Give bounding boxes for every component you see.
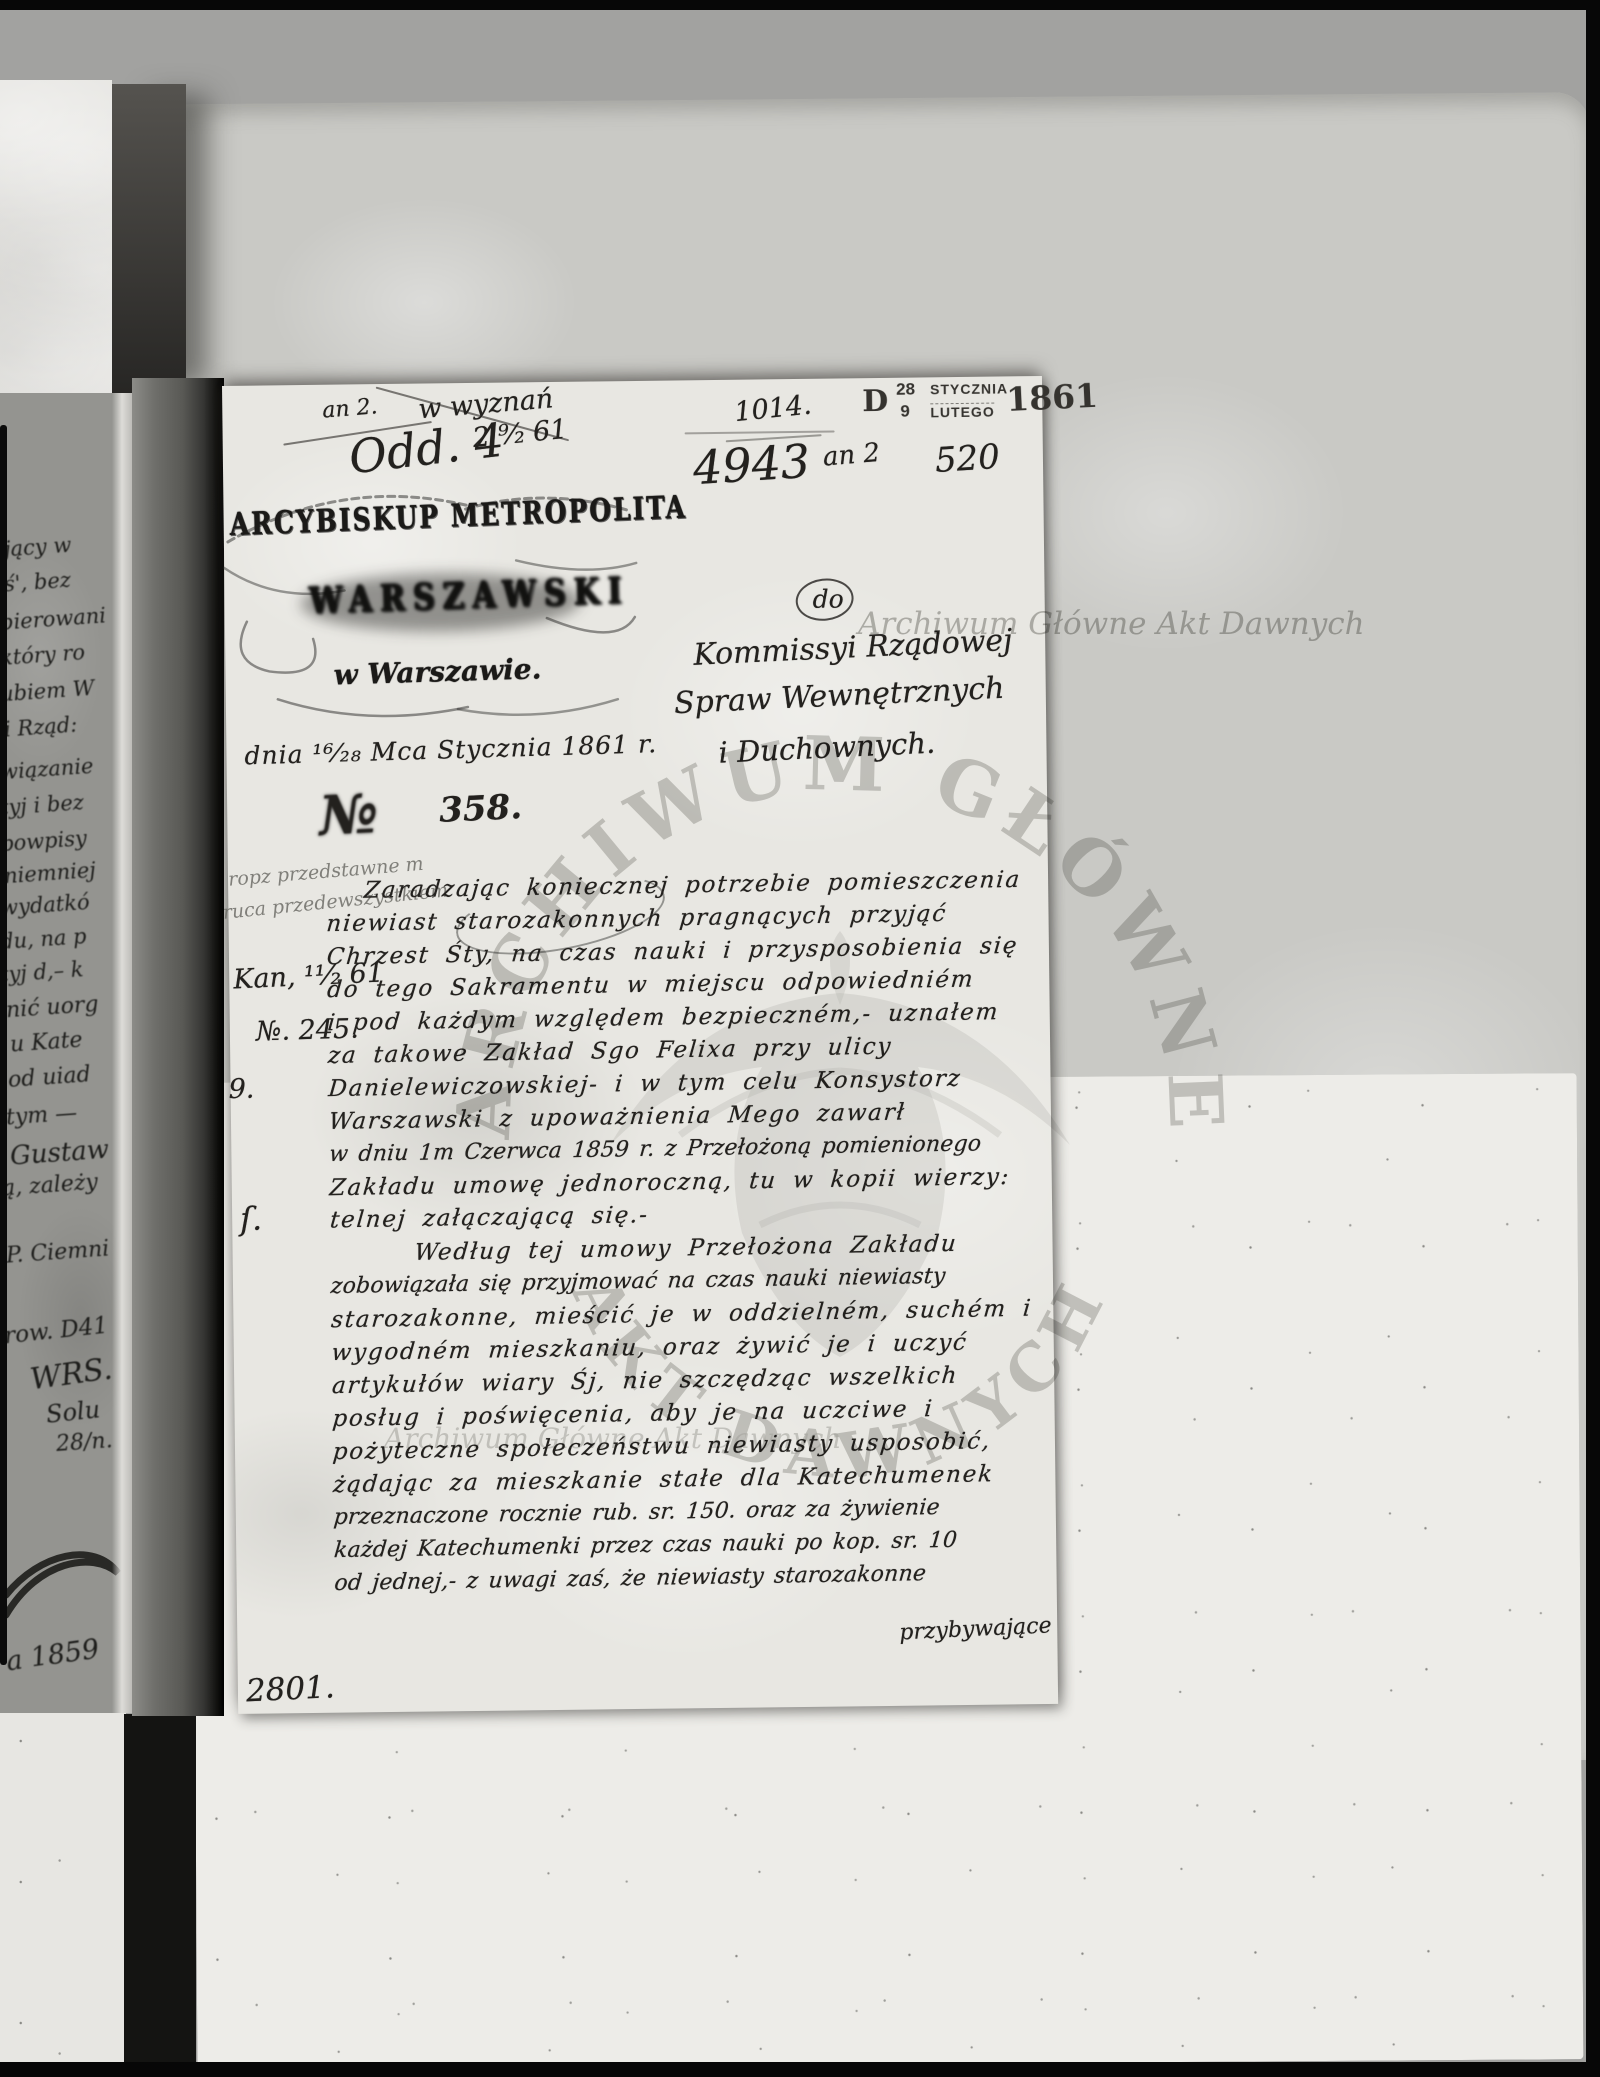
body-line: żądając za mieszkanie stałe dla Katechum… — [332, 1461, 995, 1498]
film-border-right — [1586, 0, 1600, 2077]
body-line: posług i poświęcenia, aby je na uczciwe … — [331, 1396, 934, 1432]
frame-number: 2801. — [245, 1669, 335, 1709]
left-page-fragment: WRS. — [28, 1351, 115, 1397]
body-line: pożyteczne społeczeństwu niewiasty uspos… — [332, 1428, 993, 1465]
binding-gutter — [132, 378, 224, 1716]
left-page-fragment: jący w — [3, 533, 72, 562]
left-white-sheet-top — [0, 80, 112, 400]
body-text: Zaradzając koniecznej potrzebie pomieszc… — [222, 376, 1058, 1714]
sheet-gap-shadow — [106, 84, 186, 400]
spine-shadow-bottom — [124, 1714, 196, 2066]
left-page-fragment: od uiad — [7, 1062, 91, 1093]
body-line: zobowiązała się przyjmować na czas nauki… — [330, 1264, 947, 1299]
body-line: Chrzest Śty, na czas nauki i przysposobi… — [326, 933, 1020, 970]
left-page-fragment: który ro — [0, 640, 86, 670]
body-line: w dniu 1m Czerwca 1859 r. z Przełożoną p… — [328, 1131, 982, 1167]
body-line: Danielewiczowskiej- i w tym celu Konsyst… — [327, 1066, 962, 1103]
left-page-fragment: wiązanie — [0, 754, 94, 784]
body-line: artykułów wiary Śj, nie szczędząc wszelk… — [331, 1363, 959, 1399]
film-edge-sliver — [0, 425, 7, 1665]
left-page-fragment: u Kate — [9, 1027, 83, 1057]
body-line: Zakładu umowę jednoroczną, tu w kopii wi… — [329, 1164, 1012, 1201]
film-border-bottom — [0, 2062, 1600, 2077]
body-line: każdej Katechumenki przez czas nauki po … — [333, 1528, 958, 1563]
body-line: przeznaczone rocznie rub. sr. 150. oraz … — [333, 1495, 941, 1530]
left-page-fragment: du, na p — [0, 924, 87, 954]
page-fold-highlight — [112, 393, 134, 1713]
body-line: i pod każdym względem bezpieczném,- uzna… — [326, 999, 1000, 1036]
left-page-fragment: P. Ciemni — [5, 1236, 110, 1268]
document-page: an 2. w wyznań Odd. 4 2 ⁹⁄₂ 61 1014. D 2… — [222, 376, 1058, 1714]
left-page-fragment: ubiem W — [0, 676, 95, 707]
body-line: starozakonne, mieścić je w oddzielném, s… — [330, 1296, 1033, 1334]
left-white-sheet-bottom — [0, 1710, 126, 2064]
left-page-fragment: powpisy — [0, 826, 88, 856]
left-page-fragment: ś', bez — [3, 568, 71, 597]
body-line: niewiast starozakonnych pragnących przyj… — [325, 901, 948, 937]
left-page-fragment: a 1859 — [4, 1634, 101, 1678]
left-page-fragment: tym — — [5, 1101, 78, 1131]
body-line: za takowe Zakład Sgo Felixa przy ulicy — [327, 1034, 893, 1069]
body-line: wygodném mieszkaniu, oraz żywić je i ucz… — [331, 1330, 969, 1367]
left-page-fragment: Solu — [45, 1395, 102, 1428]
film-border-top — [0, 0, 1600, 10]
body-line: Według tej umowy Przełożona Zakładu — [413, 1231, 958, 1266]
left-page-fragment: Gustaw — [9, 1135, 110, 1172]
left-page-fragment: row. D41 — [3, 1313, 109, 1350]
left-page-fragment: i Rząd: — [3, 712, 78, 741]
body-line: do tego Sakramentu w miejscu odpowiednié… — [326, 966, 975, 1003]
body-line: od jednej,- z uwagi zaś, że niewiasty st… — [333, 1561, 927, 1596]
left-page-fragment: niemniej — [3, 858, 96, 888]
left-page-fragment: tyj d,– k — [0, 957, 84, 987]
left-page-fragment: wydatkó — [0, 890, 90, 920]
left-page-fragment: 28/n. — [55, 1428, 113, 1457]
body-line: telnej załączającą się.- — [329, 1202, 650, 1233]
left-page-fragment: ą, zależy — [1, 1170, 98, 1202]
left-page-fragment: tyj i bez — [0, 790, 85, 820]
microfilm-scan: jący wś', bezbierowaniktóry roubiem Wi R… — [0, 0, 1600, 2077]
body-line: Zaradzając koniecznej potrzebie pomieszc… — [363, 867, 1022, 904]
left-page-fragment: bierowani — [0, 603, 107, 634]
left-page-fragment: nić uorg — [5, 992, 99, 1023]
body-line: Warszawski z upoważnienia Mego zawarł — [328, 1099, 907, 1135]
